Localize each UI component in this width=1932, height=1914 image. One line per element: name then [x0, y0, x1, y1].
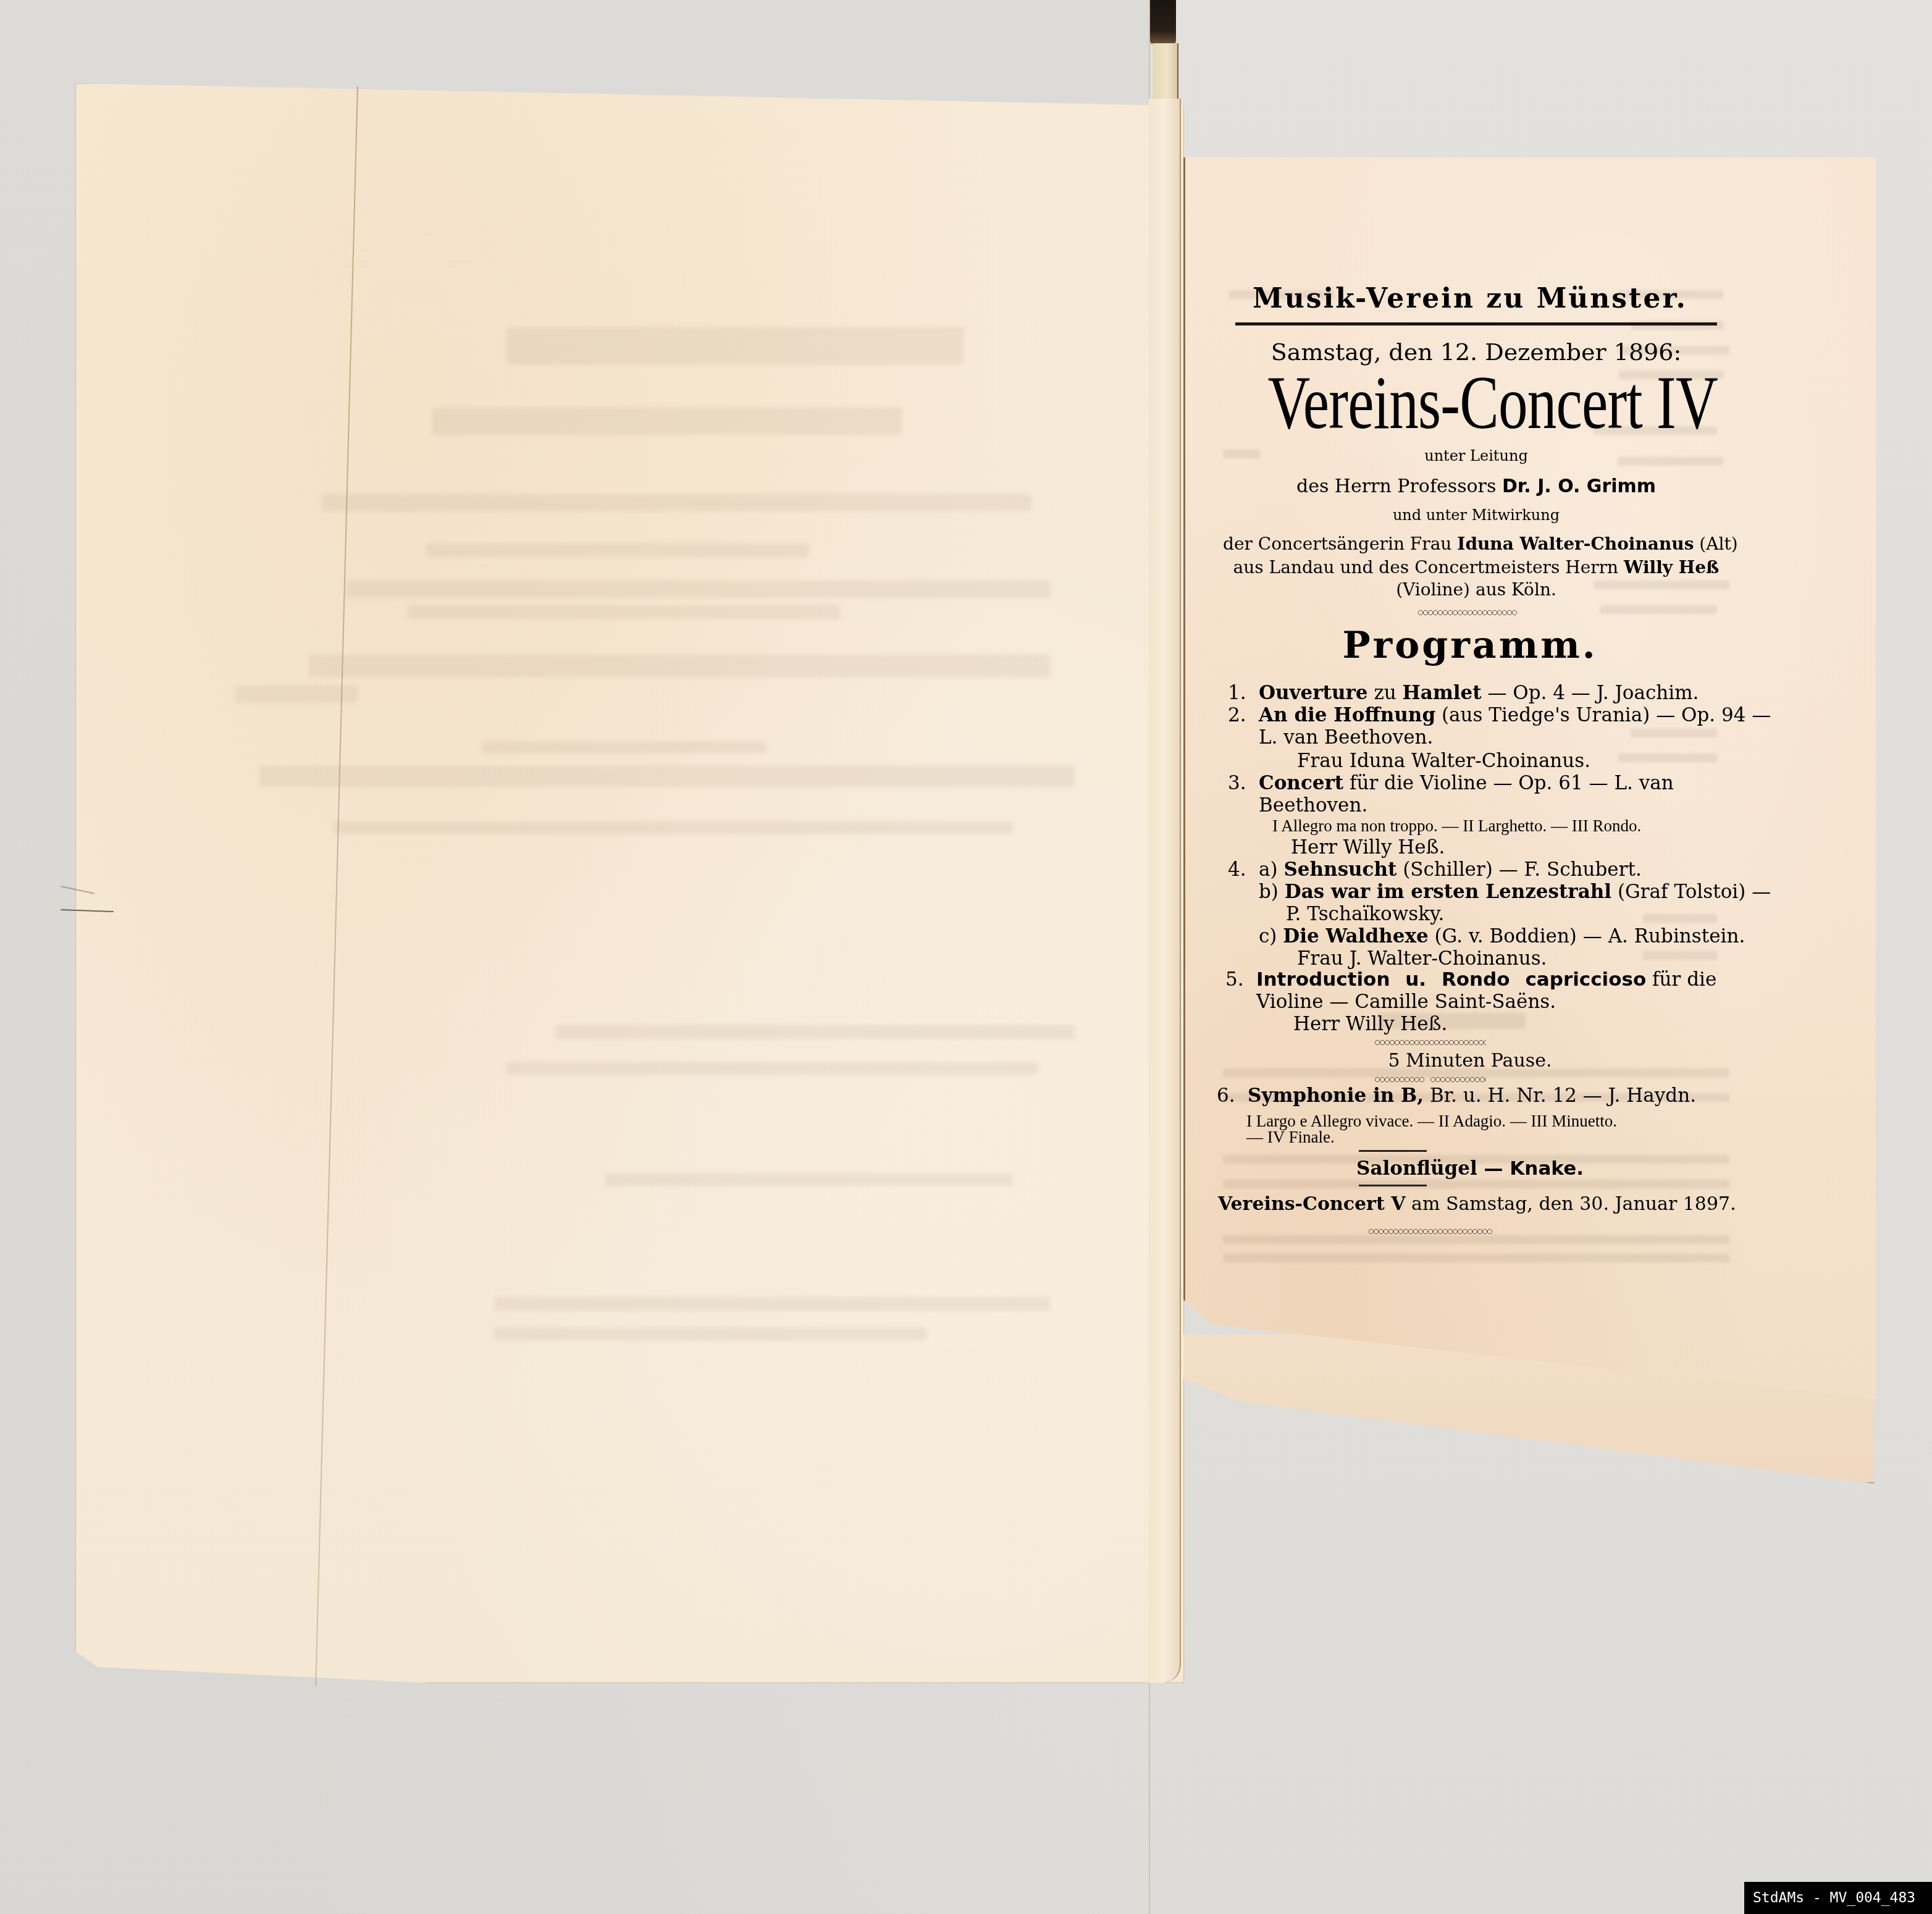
- programme-item-2-composer: L. van Beethoven.: [1259, 726, 1433, 749]
- concert-title: Vereins-Concert IV: [1267, 366, 1672, 441]
- programme-item-1: 1.Ouverture zu Hamlet — Op. 4 — J. Joach…: [1228, 682, 1699, 704]
- programme-item-4b-composer: P. Tschaïkowsky.: [1286, 903, 1444, 925]
- intermission-note: 5 Minuten Pause.: [1223, 1050, 1717, 1072]
- conductor-line: des Herrn Professors Dr. J. O. Grimm: [1223, 476, 1729, 497]
- ornamental-divider: [1375, 1040, 1486, 1045]
- programme-heading: Programm.: [1223, 624, 1717, 667]
- next-concert-note: Vereins-Concert V am Samstag, den 30. Ja…: [1218, 1193, 1736, 1215]
- programme-item-5-composer: Violine — Camille Saint-Saëns.: [1256, 991, 1556, 1013]
- left-page: [75, 83, 1184, 1683]
- ornamental-divider: [1418, 610, 1517, 615]
- performers-line-3: (Violine) aus Köln.: [1223, 579, 1729, 600]
- programme-item-3-movements: I Allegro ma non troppo. — II Larghetto.…: [1272, 816, 1641, 836]
- society-heading: Musik-Verein zu Münster.: [1223, 283, 1717, 314]
- programme-item-4a: 4.a) Sehnsucht (Schiller) — F. Schubert.: [1228, 858, 1642, 881]
- conductor-name: Dr. J. O. Grimm: [1502, 476, 1656, 497]
- ornamental-divider: [1369, 1229, 1492, 1234]
- conductor-prefix: des Herrn Professors: [1296, 476, 1502, 497]
- archive-label: StdAMs - MV_004_483: [1744, 1882, 1932, 1914]
- programme-item-4c: c) Die Waldhexe (G. v. Boddien) — A. Rub…: [1259, 925, 1745, 947]
- programme-item-2: 2.An die Hoffnung (aus Tiedge's Urania) …: [1228, 704, 1771, 726]
- programme-item-3-performer: Herr Willy Heß.: [1291, 836, 1445, 858]
- singer-name: Iduna Walter-Choinanus: [1457, 534, 1694, 554]
- ornamental-divider: [1375, 1077, 1424, 1082]
- programme-item-4-performer: Frau J. Walter-Choinanus.: [1297, 947, 1547, 970]
- divider-rule: [1359, 1150, 1427, 1152]
- programme-item-3-composer: Beethoven.: [1259, 794, 1367, 816]
- programme-item-3: 3.Concert für die Violine — Op. 61 — L. …: [1228, 772, 1674, 794]
- ornamental-divider: [1430, 1077, 1486, 1082]
- programme-item-6: 6.Symphonie in B, Br. u. H. Nr. 12 — J. …: [1217, 1085, 1696, 1107]
- programme-item-5: 5.Introduction u. Rondo capriccioso für …: [1225, 968, 1716, 991]
- piano-credit: Salonflügel — Knake.: [1223, 1157, 1717, 1180]
- participation-intro: und unter Mitwirkung: [1223, 506, 1729, 524]
- divider-rule: [1359, 1185, 1427, 1186]
- programme-item-4b: b) Das war im ersten Lenzestrahl (Graf T…: [1259, 881, 1771, 903]
- direction-intro: unter Leitung: [1223, 447, 1729, 464]
- binding-spine: [1150, 0, 1176, 44]
- programme-item-5-performer: Herr Willy Heß.: [1293, 1013, 1447, 1035]
- heading-rule: [1235, 322, 1717, 325]
- violinist-name: Willy Heß: [1624, 557, 1719, 577]
- performers-line-1: der Concertsängerin Frau Iduna Walter-Ch…: [1223, 534, 1729, 554]
- performers-line-2: aus Landau und des Concertmeisters Herrn…: [1223, 557, 1729, 577]
- left-page-curled-edge: [1149, 99, 1181, 1683]
- programme-item-6-movements-cont: — IV Finale.: [1246, 1128, 1335, 1147]
- programme-item-2-performer: Frau Iduna Walter-Choinanus.: [1297, 750, 1590, 772]
